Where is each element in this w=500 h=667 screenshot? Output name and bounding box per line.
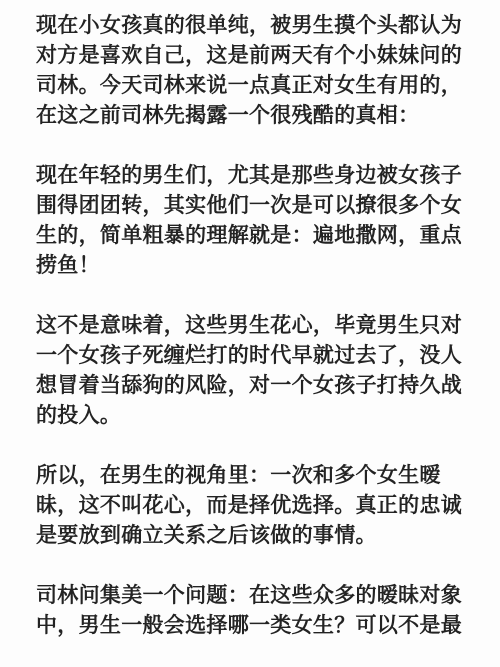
- paragraph-3: 这不是意味着，这些男生花心，毕竟男生只对一个女孩子死缠烂打的时代早就过去了，没人…: [36, 311, 465, 431]
- paragraph-4: 所以，在男生的视角里：一次和多个女生暧昧，这不叫花心，而是择优选择。真正的忠诚是…: [36, 461, 465, 551]
- paragraph-5: 司林问集美一个问题：在这些众多的暧昧对象中，男生一般会选择哪一类女生？可以不是最: [36, 581, 465, 641]
- paragraph-1: 现在小女孩真的很单纯，被男生摸个头都认为对方是喜欢自己，这是前两天有个小妹妹问的…: [36, 11, 465, 131]
- paragraph-2: 现在年轻的男生们，尤其是那些身边被女孩子围得团团转，其实他们一次是可以撩很多个女…: [36, 161, 465, 281]
- article-body: 现在小女孩真的很单纯，被男生摸个头都认为对方是喜欢自己，这是前两天有个小妹妹问的…: [36, 11, 465, 641]
- text-page: 现在小女孩真的很单纯，被男生摸个头都认为对方是喜欢自己，这是前两天有个小妹妹问的…: [0, 0, 500, 667]
